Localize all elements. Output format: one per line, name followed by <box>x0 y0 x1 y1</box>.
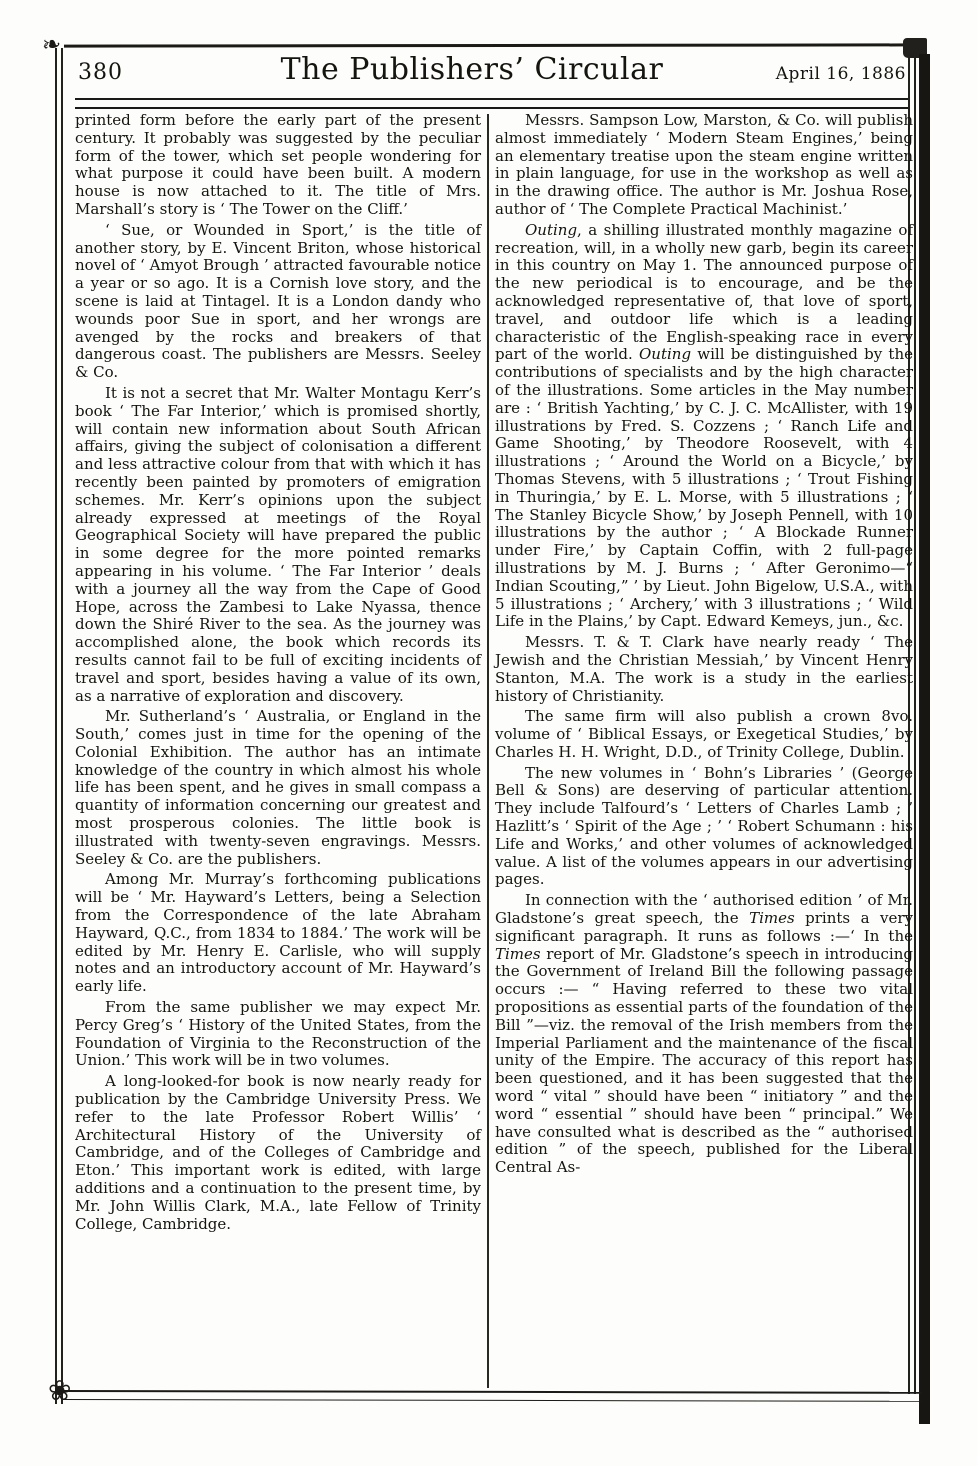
header-rule <box>75 98 908 109</box>
right-edge-shadow <box>919 54 930 1424</box>
bottom-rule <box>64 1390 922 1402</box>
paragraph: From the same publisher we may expect Mr… <box>75 999 481 1070</box>
rosette-icon: ❀ <box>48 1374 71 1407</box>
paragraph: ‘ Sue, or Wounded in Sport,’ is the titl… <box>75 222 481 382</box>
page-header: 380 The Publishers’ Circular April 16, 1… <box>78 52 906 87</box>
paragraph: Mr. Sutherland’s ‘ Australia, or England… <box>75 708 481 868</box>
paragraph: The same firm will also publish a crown … <box>495 708 913 761</box>
paragraph: A long-looked-for book is now nearly rea… <box>75 1073 481 1233</box>
paragraph: Among Mr. Murray’s forthcoming publicati… <box>75 871 481 996</box>
paragraph: It is not a secret that Mr. Walter Monta… <box>75 385 481 705</box>
issue-date: April 16, 1886 <box>736 64 906 84</box>
page-body: printed form before the early part of th… <box>75 112 915 1388</box>
right-column: Messrs. Sampson Low, Marston, & Co. will… <box>495 112 913 1388</box>
paragraph: The new volumes in ‘ Bohn’s Libraries ’ … <box>495 765 913 890</box>
paragraph: In connection with the ‘ authorised edit… <box>495 892 913 1177</box>
page-number: 380 <box>78 60 208 85</box>
paragraph: Messrs. T. & T. Clark have nearly ready … <box>495 634 913 705</box>
column-divider <box>487 114 489 1388</box>
paragraph: Outing, a shilling illustrated monthly m… <box>495 222 913 631</box>
paragraph: Messrs. Sampson Low, Marston, & Co. will… <box>495 112 913 219</box>
journal-title: The Publishers’ Circular <box>208 52 736 87</box>
top-rule <box>64 43 910 47</box>
fleuron-icon: ❧ <box>41 31 63 59</box>
left-column: printed form before the early part of th… <box>75 112 481 1388</box>
left-border-inner <box>61 48 63 1404</box>
scanned-periodical-page: ❧ 380 The Publishers’ Circular April 16,… <box>0 0 978 1466</box>
paragraph: printed form before the early part of th… <box>75 112 481 219</box>
left-border-outer <box>55 48 57 1404</box>
